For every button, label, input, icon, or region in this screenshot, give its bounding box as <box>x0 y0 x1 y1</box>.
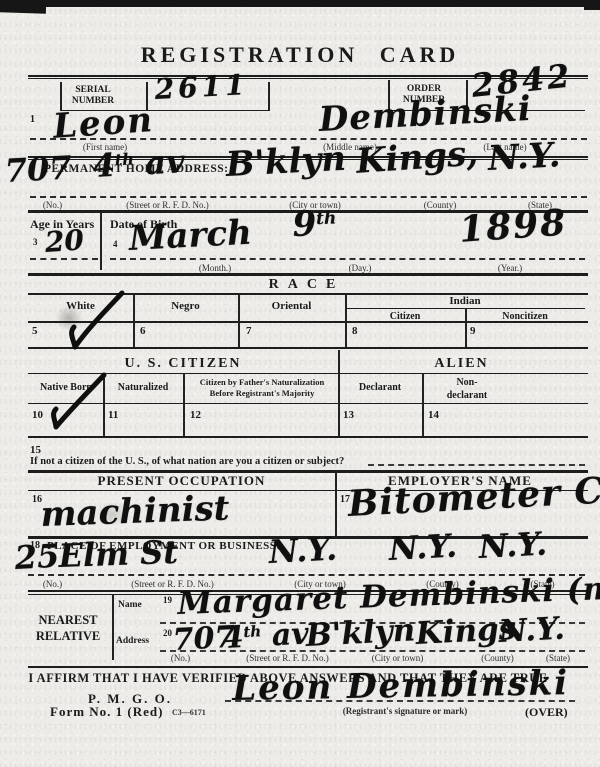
race-oriental-number: 7 <box>246 325 252 338</box>
dob-rule <box>110 258 585 260</box>
citizen-mid-rule <box>28 403 588 404</box>
scan-mark-top-right <box>584 0 600 10</box>
relative-address-state: N.Y. <box>498 614 566 648</box>
serial-number-value: 2611 <box>154 71 249 104</box>
home-address-city: B'klyn <box>225 142 347 182</box>
declarant-label: Declarant <box>338 382 422 394</box>
dob-day-ordinal: th <box>316 208 337 229</box>
dob-year-value: 1898 <box>458 204 568 247</box>
us-citizen-header: U. S. CITIZEN <box>28 356 338 372</box>
footer-form-name: Form No. 1 (Red) <box>50 705 163 720</box>
declarant-number: 13 <box>343 409 354 422</box>
white-checkmark-icon <box>58 290 126 352</box>
relative-address-rule <box>160 650 585 652</box>
scan-border-top-left <box>0 3 46 14</box>
dob-day-value: 9th <box>292 206 337 242</box>
home-address-no: 707 <box>4 152 72 187</box>
naturalized-label: Naturalized <box>103 382 183 394</box>
nation-question-rule <box>368 464 585 466</box>
relative-address-street: 4th av <box>222 619 309 653</box>
relative-address-label: Address <box>116 636 149 647</box>
employment-county: N.Y. <box>388 529 458 565</box>
age-rule <box>30 258 98 260</box>
father-naturalization-label: Citizen by Father's Naturalization Befor… <box>188 377 336 399</box>
home-no-label: (No.) <box>25 200 80 210</box>
race-negro-label: Negro <box>133 300 238 313</box>
employment-no-label: (No.) <box>25 579 80 589</box>
field-number-1: 1 <box>30 114 35 126</box>
nondeclarant-number: 14 <box>428 409 439 422</box>
field-number-15: 15 <box>30 444 41 457</box>
scan-border-top <box>0 0 600 7</box>
home-address-county: Kings, <box>355 136 479 178</box>
employment-state: N.Y. <box>478 527 548 563</box>
race-noncitizen-number: 9 <box>470 325 476 338</box>
race-divider-3 <box>345 293 347 348</box>
dob-month-value: March <box>128 216 253 256</box>
field-number-19: 19 <box>163 595 172 605</box>
relative-divider <box>112 594 114 660</box>
field-number-20: 20 <box>163 628 172 638</box>
relative-address-city: B'klyn <box>305 615 416 652</box>
relative-state-label: (State) <box>528 653 588 663</box>
citizen-divider-2 <box>183 373 185 436</box>
race-indian-label: Indian <box>345 295 585 308</box>
home-street-label: (Street or R. F. D. No.) <box>85 200 250 210</box>
occupation-header: PRESENT OCCUPATION <box>28 474 335 489</box>
naturalized-number: 11 <box>108 409 118 422</box>
nation-question-text: If not a citizen of the U. S., of what n… <box>30 456 344 468</box>
race-citizen-number: 8 <box>352 325 358 338</box>
dob-day-number: 9 <box>292 204 317 245</box>
race-divider-2 <box>238 293 240 348</box>
occupation-value: machinist <box>40 491 230 532</box>
field-number-3: 3 <box>33 237 38 247</box>
relative-no-label: (No.) <box>158 653 203 663</box>
race-divider-1 <box>133 293 135 348</box>
home-address-state: N.Y. <box>487 138 561 176</box>
last-name-value: Dembinski <box>318 92 533 137</box>
ink-smudge-occupation <box>95 502 129 526</box>
race-white-number: 5 <box>32 325 38 338</box>
citizen-divider-4 <box>422 373 424 436</box>
serial-box-right <box>268 82 270 110</box>
employment-no: 25 <box>14 540 60 574</box>
relative-street-rest: av <box>271 617 310 654</box>
signature-value: Leon Dembinski <box>232 666 569 706</box>
race-negro-number: 6 <box>140 325 146 338</box>
age-dob-divider <box>100 212 102 270</box>
race-divider-4 <box>465 308 467 348</box>
home-address-street: 4th av <box>92 145 185 182</box>
registration-card: REGISTRATION CARD SERIAL NUMBER 2611 ORD… <box>0 0 600 767</box>
footer-print-code: C3—6171 <box>172 708 206 717</box>
relative-street-label: (Street or R. F. D. No.) <box>210 653 365 663</box>
dob-year-label: (Year.) <box>455 263 565 273</box>
home-street-rest: av <box>144 142 185 182</box>
nondeclarant-label: Non-declarant <box>437 377 497 402</box>
native-born-checkmark-icon <box>42 372 108 432</box>
race-oriental-label: Oriental <box>238 300 345 313</box>
over-label: (OVER) <box>525 706 568 720</box>
employment-street: Elm St <box>58 536 178 572</box>
citizen-table-bottom <box>28 436 588 438</box>
home-street-number: 4 <box>92 146 116 185</box>
rule-dob-bottom <box>28 273 588 276</box>
home-address-rule <box>30 196 587 198</box>
citizen-divider-3 <box>338 350 340 436</box>
dob-day-label: (Day.) <box>305 263 415 273</box>
dob-month-label: (Month.) <box>150 263 280 273</box>
home-street-ordinal: th <box>114 149 134 169</box>
relative-city-label: (City or town) <box>345 653 450 663</box>
field-number-4: 4 <box>113 239 118 249</box>
signature-label: (Registrant's signature or mark) <box>300 706 510 716</box>
relative-name-label: Name <box>118 600 142 611</box>
age-value: 20 <box>44 226 85 257</box>
citizen-header-rule <box>28 373 588 374</box>
alien-header: ALIEN <box>338 356 585 372</box>
nearest-relative-heading: NEAREST RELATIVE <box>28 612 108 645</box>
relative-street-ordinal: th <box>243 622 262 641</box>
occupation-divider <box>335 470 337 536</box>
father-naturalization-number: 12 <box>190 409 201 422</box>
employment-city: N.Y. <box>268 532 338 568</box>
